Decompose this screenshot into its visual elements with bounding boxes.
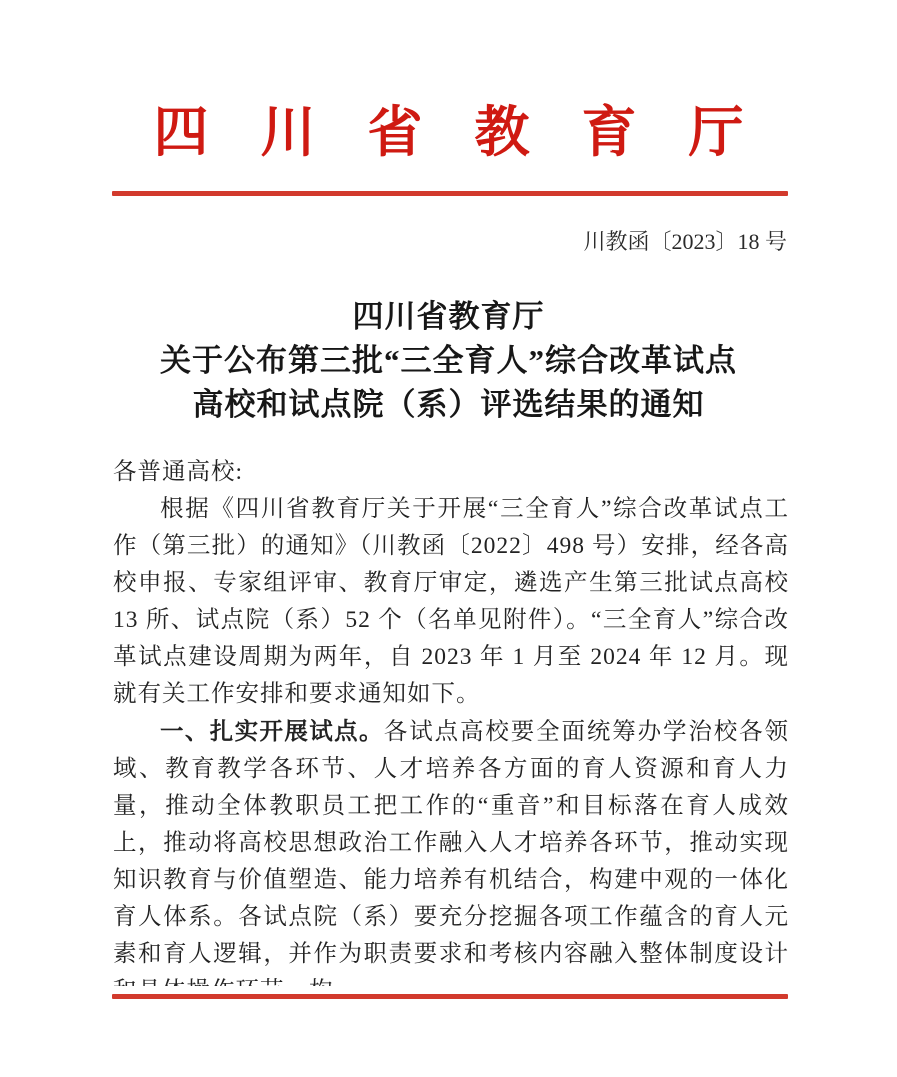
notice-title-line-2: 关于公布第三批“三全育人”综合改革试点 — [0, 339, 897, 383]
notice-title-line-3: 高校和试点院（系）评选结果的通知 — [0, 383, 897, 427]
paragraph-intro: 根据《四川省教育厅关于开展“三全育人”综合改革试点工作（第三批）的通知》（川教函… — [113, 491, 789, 713]
letterhead-rule — [112, 191, 788, 196]
paragraph-section-1-heading: 一、扎实开展试点。 — [160, 718, 384, 744]
footer-rule — [112, 994, 788, 999]
notice-title-line-1: 四川省教育厅 — [0, 295, 897, 339]
letterhead: 四川省教育厅 川教函〔2023〕18 号 — [0, 0, 897, 256]
document-number: 川教函〔2023〕18 号 — [113, 228, 789, 256]
agency-name: 四川省教育厅 — [0, 0, 897, 162]
notice-title: 四川省教育厅 关于公布第三批“三全育人”综合改革试点 高校和试点院（系）评选结果… — [0, 295, 897, 427]
official-notice-page: 四川省教育厅 川教函〔2023〕18 号 四川省教育厅 关于公布第三批“三全育人… — [0, 0, 897, 1077]
paragraph-intro-text: 根据《四川省教育厅关于开展“三全育人”综合改革试点工作（第三批）的通知》（川教函… — [113, 496, 789, 707]
notice-body: 各普通高校: 根据《四川省教育厅关于开展“三全育人”综合改革试点工作（第三批）的… — [113, 454, 789, 986]
paragraph-section-1-text: 各试点高校要全面统筹办学治校各领域、教育教学各环节、人才培养各方面的育人资源和育… — [113, 719, 789, 986]
salutation: 各普通高校: — [113, 454, 789, 491]
paragraph-section-1: 一、扎实开展试点。各试点高校要全面统筹办学治校各领域、教育教学各环节、人才培养各… — [113, 713, 789, 986]
